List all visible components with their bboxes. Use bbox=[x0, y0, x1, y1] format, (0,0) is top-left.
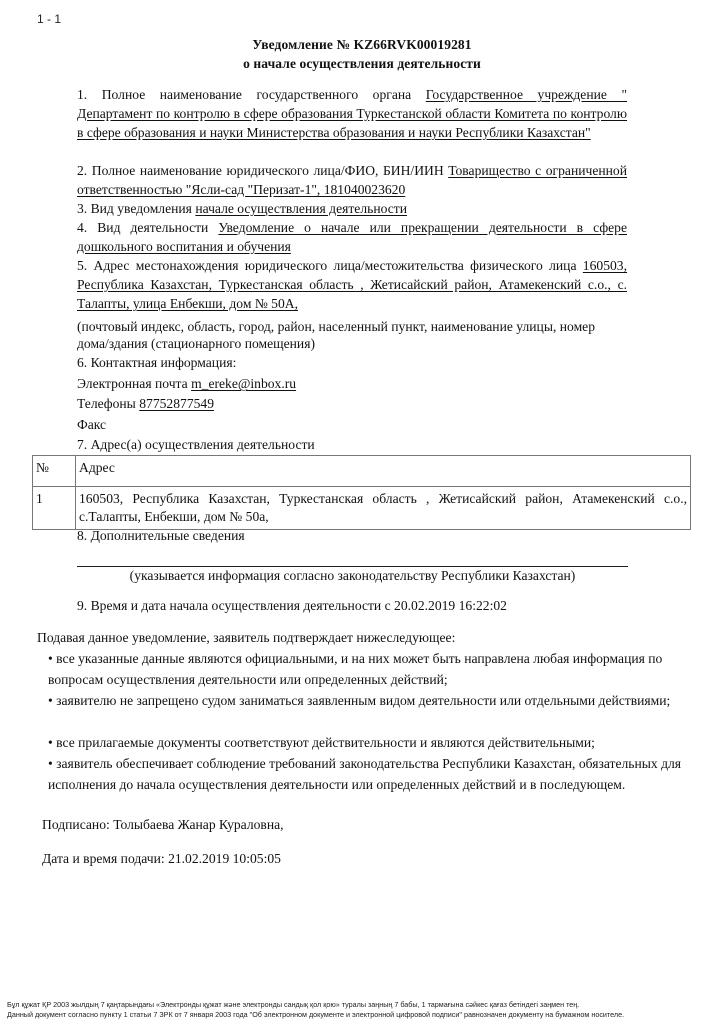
phone-value: 87752877549 bbox=[139, 396, 214, 411]
item-1-government-body: 1. Полное наименование государственного … bbox=[77, 85, 627, 142]
item-5-label: 5. Адрес местонахождения юридического ли… bbox=[77, 258, 576, 273]
item-3-label: 3. Вид уведомления bbox=[77, 201, 192, 216]
signed-name: Толыбаева Жанар Кураловна, bbox=[113, 817, 283, 832]
submission-datetime: Дата и время подачи: 21.02.2019 10:05:05 bbox=[42, 851, 281, 867]
table-header-address: Адрес bbox=[76, 456, 691, 487]
item-8-label: 8. Дополнительные сведения bbox=[77, 526, 627, 545]
item-5-hint: (почтовый индекс, область, город, район,… bbox=[77, 318, 627, 352]
phone-label: Телефоны bbox=[77, 396, 136, 411]
email-value[interactable]: m_ereke@inbox.ru bbox=[191, 376, 296, 391]
confirmation-bullet-2: • заявителю не запрещено судом заниматьс… bbox=[48, 690, 688, 711]
item-6-contacts-label: 6. Контактная информация: bbox=[77, 353, 627, 372]
table-header-row: № Адрес bbox=[33, 456, 691, 487]
table-cell-address: 160503, Республика Казахстан, Туркестанс… bbox=[76, 487, 691, 530]
item-4-activity-type: 4. Вид деятельности Уведомление о начале… bbox=[77, 218, 627, 256]
table-row: 1 160503, Республика Казахстан, Туркеста… bbox=[33, 487, 691, 530]
item-4-label: 4. Вид деятельности bbox=[77, 220, 208, 235]
confirmation-intro: Подавая данное уведомление, заявитель по… bbox=[37, 627, 687, 648]
confirmation-bullet-1: • все указанные данные являются официаль… bbox=[48, 648, 688, 690]
submitted-label: Дата и время подачи: bbox=[42, 851, 165, 866]
item-8-value-line bbox=[77, 566, 628, 567]
item-1-label: 1. Полное наименование государственного … bbox=[77, 87, 411, 102]
footer-line-ru: Данный документ согласно пункту 1 статьи… bbox=[7, 1010, 717, 1020]
item-6-phone-row: Телефоны 87752877549 bbox=[77, 394, 627, 413]
item-7-label: 7. Адрес(а) осуществления деятельности bbox=[77, 435, 627, 454]
item-3-value: начале осуществления деятельности bbox=[195, 201, 407, 216]
footer-line-kz: Бұл құжат ҚР 2003 жылдың 7 қаңтарындағы … bbox=[7, 1000, 717, 1010]
activity-address-table: № Адрес 1 160503, Республика Казахстан, … bbox=[32, 455, 691, 530]
page-number: 1 - 1 bbox=[37, 12, 61, 26]
footer-legal-note: Бұл құжат ҚР 2003 жылдың 7 қаңтарындағы … bbox=[7, 1000, 717, 1020]
item-3-notification-type: 3. Вид уведомления начале осуществления … bbox=[77, 199, 627, 218]
document-title: Уведомление № KZ66RVK00019281 bbox=[0, 37, 724, 53]
item-9-value: 20.02.2019 16:22:02 bbox=[394, 598, 507, 613]
item-9-start-date: 9. Время и дата начала осуществления дея… bbox=[77, 596, 627, 615]
signed-label: Подписано: bbox=[42, 817, 110, 832]
email-label: Электронная почта bbox=[77, 376, 188, 391]
item-6-fax-label: Факс bbox=[77, 415, 627, 434]
signed-by: Подписано: Толыбаева Жанар Кураловна, bbox=[42, 817, 284, 833]
confirmation-bullet-4: • заявитель обеспечивает соблюдение треб… bbox=[48, 753, 688, 795]
item-2-label: 2. Полное наименование юридического лица… bbox=[77, 163, 444, 178]
item-5-address: 5. Адрес местонахождения юридического ли… bbox=[77, 256, 627, 313]
confirmation-bullet-3: • все прилагаемые документы соответствую… bbox=[48, 732, 688, 753]
document-subtitle: о начале осуществления деятельности bbox=[0, 56, 724, 72]
item-6-email-row: Электронная почта m_ereke@inbox.ru bbox=[77, 374, 627, 393]
item-2-legal-entity: 2. Полное наименование юридического лица… bbox=[77, 161, 627, 199]
item-8-hint: (указывается информация согласно законод… bbox=[77, 568, 628, 584]
table-header-number: № bbox=[33, 456, 76, 487]
item-9-label: 9. Время и дата начала осуществления дея… bbox=[77, 598, 391, 613]
table-cell-number: 1 bbox=[33, 487, 76, 530]
submitted-value: 21.02.2019 10:05:05 bbox=[168, 851, 281, 866]
